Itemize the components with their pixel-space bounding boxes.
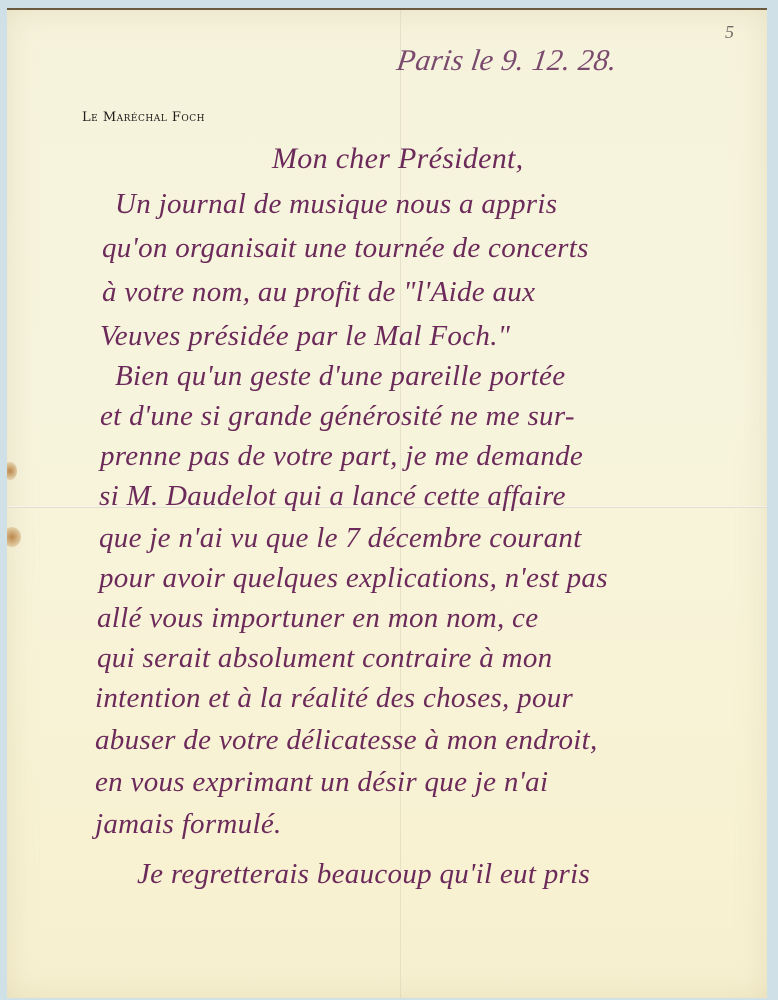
body-line: en vous exprimant un désir que je n'ai [95, 766, 548, 799]
body-line: et d'une si grande générosité ne me sur- [100, 400, 575, 433]
letterhead: Le Maréchal Foch [82, 110, 205, 125]
body-line: prenne pas de votre part, je me demande [100, 440, 583, 473]
rust-stain [7, 462, 17, 480]
body-line: à votre nom, au profit de "l'Aide aux [102, 276, 535, 309]
rust-stain [7, 527, 21, 547]
salutation: Mon cher Président, [272, 142, 523, 176]
body-line: Je regretterais beaucoup qu'il eut pris [137, 858, 590, 891]
body-line: allé vous importuner en mon nom, ce [97, 602, 538, 635]
body-line: Un journal de musique nous a appris [115, 188, 557, 221]
body-line: jamais formulé. [95, 808, 282, 841]
body-line: pour avoir quelques explications, n'est … [99, 562, 608, 595]
body-line: Bien qu'un geste d'une pareille portée [115, 360, 565, 393]
page-number: 5 [725, 22, 734, 43]
body-line: que je n'ai vu que le 7 décembre courant [99, 522, 582, 555]
letter-paper: 5 Le Maréchal Foch Paris le 9. 12. 28. M… [7, 8, 767, 998]
body-line: si M. Daudelot qui a lancé cette affaire [99, 480, 566, 513]
body-line: qui serait absolument contraire à mon [97, 642, 552, 675]
body-line: Veuves présidée par le Mal Foch." [100, 320, 510, 353]
body-line: intention et à la réalité des choses, po… [95, 682, 573, 715]
body-line: abuser de votre délicatesse à mon endroi… [95, 724, 598, 757]
body-line: qu'on organisait une tournée de concerts [102, 232, 589, 265]
scanned-page: 5 Le Maréchal Foch Paris le 9. 12. 28. M… [0, 0, 778, 1000]
date-line: Paris le 9. 12. 28. [395, 44, 620, 78]
